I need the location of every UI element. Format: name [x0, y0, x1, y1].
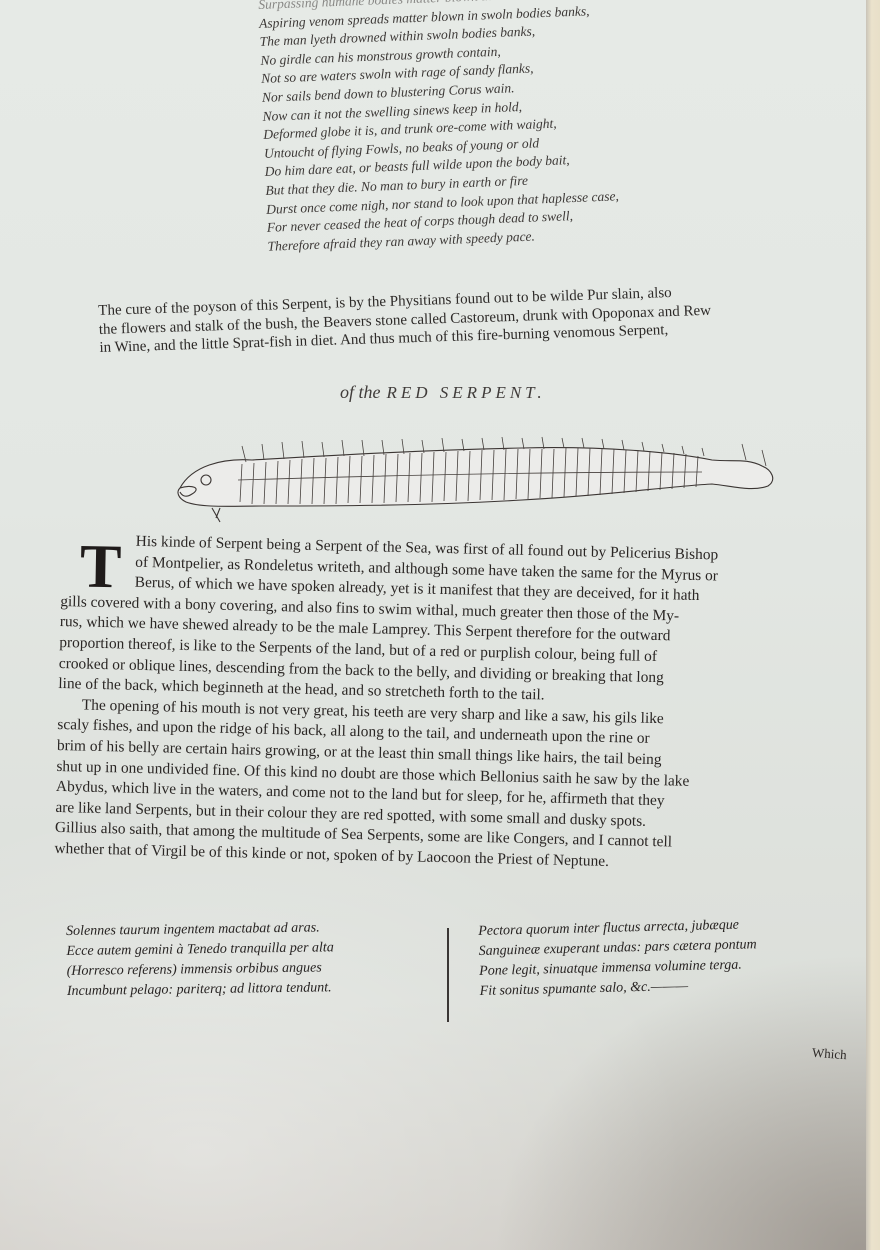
catchword: Which — [811, 1045, 847, 1063]
body-text: His kinde of Serpent being a Serpent of … — [54, 530, 862, 878]
latin-verse-left: Solennes taurum ingentem mactabat ad ara… — [66, 918, 334, 1002]
section-title-main: RED SERPENT. — [387, 383, 546, 402]
cure-paragraph: The cure of the poyson of this Serpent, … — [98, 279, 844, 358]
book-page: Surpassing humane bodies matter blown in… — [0, 0, 866, 1250]
section-title: of theRED SERPENT. — [340, 382, 546, 403]
column-divider — [447, 928, 449, 1022]
latin-verse-right: Pectora quorum inter fluctus arrecta, ju… — [478, 915, 758, 1002]
section-title-prefix: of the — [340, 382, 381, 402]
serpent-woodcut-illustration — [172, 436, 782, 524]
verse-line: Incumbunt pelago: pariterq; ad littora t… — [67, 978, 335, 1002]
page-edge — [866, 0, 880, 1250]
verse-top: Surpassing humane bodies matter blown in… — [258, 0, 748, 256]
